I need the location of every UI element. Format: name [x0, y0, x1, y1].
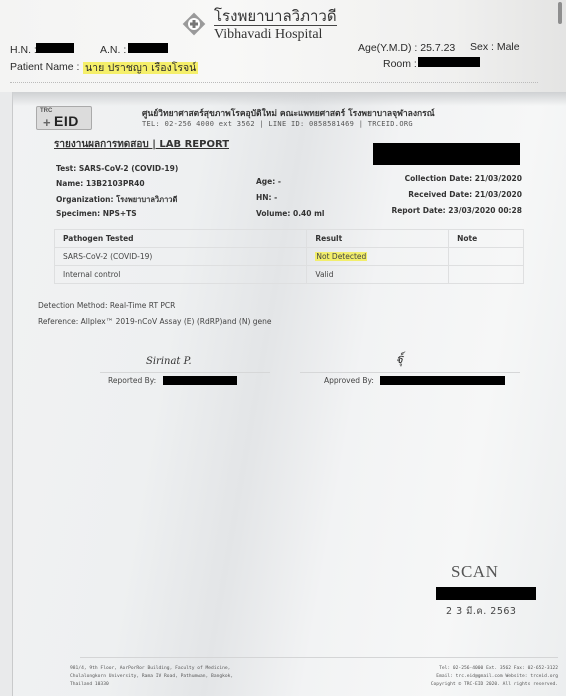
address-line: Thailand 10330 [70, 681, 300, 689]
address-line: Chulalongkorn University, Rama IV Road, … [70, 673, 300, 681]
hospital-cross-diamond-icon [181, 11, 207, 37]
institution-name: ศูนย์วิทยาศาสตร์สุขภาพโรคอุบัติใหม่ คณะแ… [142, 106, 435, 120]
room-redaction [418, 57, 480, 67]
reported-sig-line [100, 372, 270, 373]
scan-stamp-label: SCAN [451, 562, 498, 582]
result-cell: Not Detected [307, 248, 449, 266]
reported-signature: Sirinat P. [146, 356, 192, 367]
institution-contact: TEL: 02-256 4000 ext 3562 | LINE ID: 085… [142, 120, 413, 128]
contact-line: Email: trc.eid@gmail.com Website: trceid… [368, 673, 558, 681]
hn-label: H.N. : [10, 44, 37, 56]
field-collection-date: Collection Date: 21/03/2020 [405, 174, 522, 183]
logo-trc-text: TRC [40, 108, 52, 114]
reported-by-redaction [163, 376, 237, 385]
contact-line: Tel: 02-256-4000 Ext. 3562 Fax: 02-652-3… [368, 665, 558, 673]
header-divider [10, 82, 538, 83]
field-specimen: Specimen: NPS+TS [56, 209, 137, 218]
room-label: Room : [383, 58, 417, 70]
report-title: รายงานผลการทดสอบ | LAB REPORT [54, 137, 229, 152]
field-received-date: Received Date: 21/03/2020 [408, 190, 522, 199]
pathogen-cell: Internal control [55, 266, 307, 284]
field-organization: Organization: โรงพยาบาลวิภาวดี [56, 194, 177, 206]
pathogen-cell: SARS-CoV-2 (COVID-19) [55, 248, 307, 266]
approved-sig-line [300, 372, 520, 373]
approved-signature: ฐุ์ [396, 348, 403, 369]
logo-eid-text: EID [54, 114, 79, 129]
plus-cross-icon: + [43, 117, 51, 129]
reported-by-label: Reported By: [108, 376, 156, 385]
hospital-name-thai: โรงพยาบาลวิภาวดี [214, 8, 337, 26]
scrollbar[interactable] [558, 2, 562, 24]
field-volume: Volume: 0.40 ml [256, 209, 324, 218]
note-cell [449, 248, 524, 266]
table-row: SARS-CoV-2 (COVID-19) Not Detected [55, 248, 524, 266]
approved-by-label: Approved By: [324, 376, 374, 385]
reference: Reference: Allplex™ 2019-nCoV Assay (E) … [38, 317, 272, 326]
an-redaction [128, 43, 168, 53]
barcode-redaction [373, 143, 520, 165]
field-test: Test: SARS-CoV-2 (COVID-19) [56, 164, 178, 173]
table-row: Internal control Valid [55, 266, 524, 284]
patient-name-value: นาย ปราชญา เรืองโรจน์ [83, 59, 198, 76]
contact-line: Copyright © TRC-EID 2020. All rights res… [368, 681, 558, 689]
results-table: Pathogen Tested Result Note SARS-CoV-2 (… [54, 229, 524, 284]
an-label: A.N. : [100, 44, 126, 56]
result-highlight: Not Detected [315, 252, 367, 261]
field-report-date: Report Date: 23/03/2020 00:28 [391, 206, 522, 215]
sex-label: Sex : Male [470, 41, 520, 53]
table-header-row: Pathogen Tested Result Note [55, 230, 524, 248]
sheet-edge-shadow [12, 92, 566, 106]
age-label: Age(Y.M.D) : 25.7.23 [358, 42, 455, 54]
header-pathogen: Pathogen Tested [55, 230, 307, 248]
approved-by-redaction [380, 376, 505, 385]
hn-redaction [36, 43, 74, 53]
footer-divider [80, 657, 558, 658]
scan-stamp-date: 2 3 มี.ค. 2563 [446, 604, 516, 619]
hospital-name-en: Vibhavadi Hospital [214, 27, 322, 43]
result-cell: Valid [307, 266, 449, 284]
header-result: Result [307, 230, 449, 248]
header-note: Note [449, 230, 524, 248]
footer-contact: Tel: 02-256-4000 Ext. 3562 Fax: 02-652-3… [368, 665, 558, 689]
patient-name-label: Patient Name : [10, 61, 79, 73]
field-hn: HN: - [256, 193, 277, 202]
stamp-redaction [436, 587, 536, 600]
field-age: Age: - [256, 177, 281, 186]
trc-eid-logo: TRC + EID [36, 106, 92, 130]
hospital-header-sheet: โรงพยาบาลวิภาวดี Vibhavadi Hospital H.N.… [0, 0, 566, 92]
footer-address: 981/4, 9th Floor, AorPorRor Building, Fa… [70, 665, 300, 689]
detection-method: Detection Method: Real-Time RT PCR [38, 301, 175, 310]
field-name: Name: 13B2103PR40 [56, 179, 145, 188]
note-cell [449, 266, 524, 284]
address-line: 981/4, 9th Floor, AorPorRor Building, Fa… [70, 665, 300, 673]
